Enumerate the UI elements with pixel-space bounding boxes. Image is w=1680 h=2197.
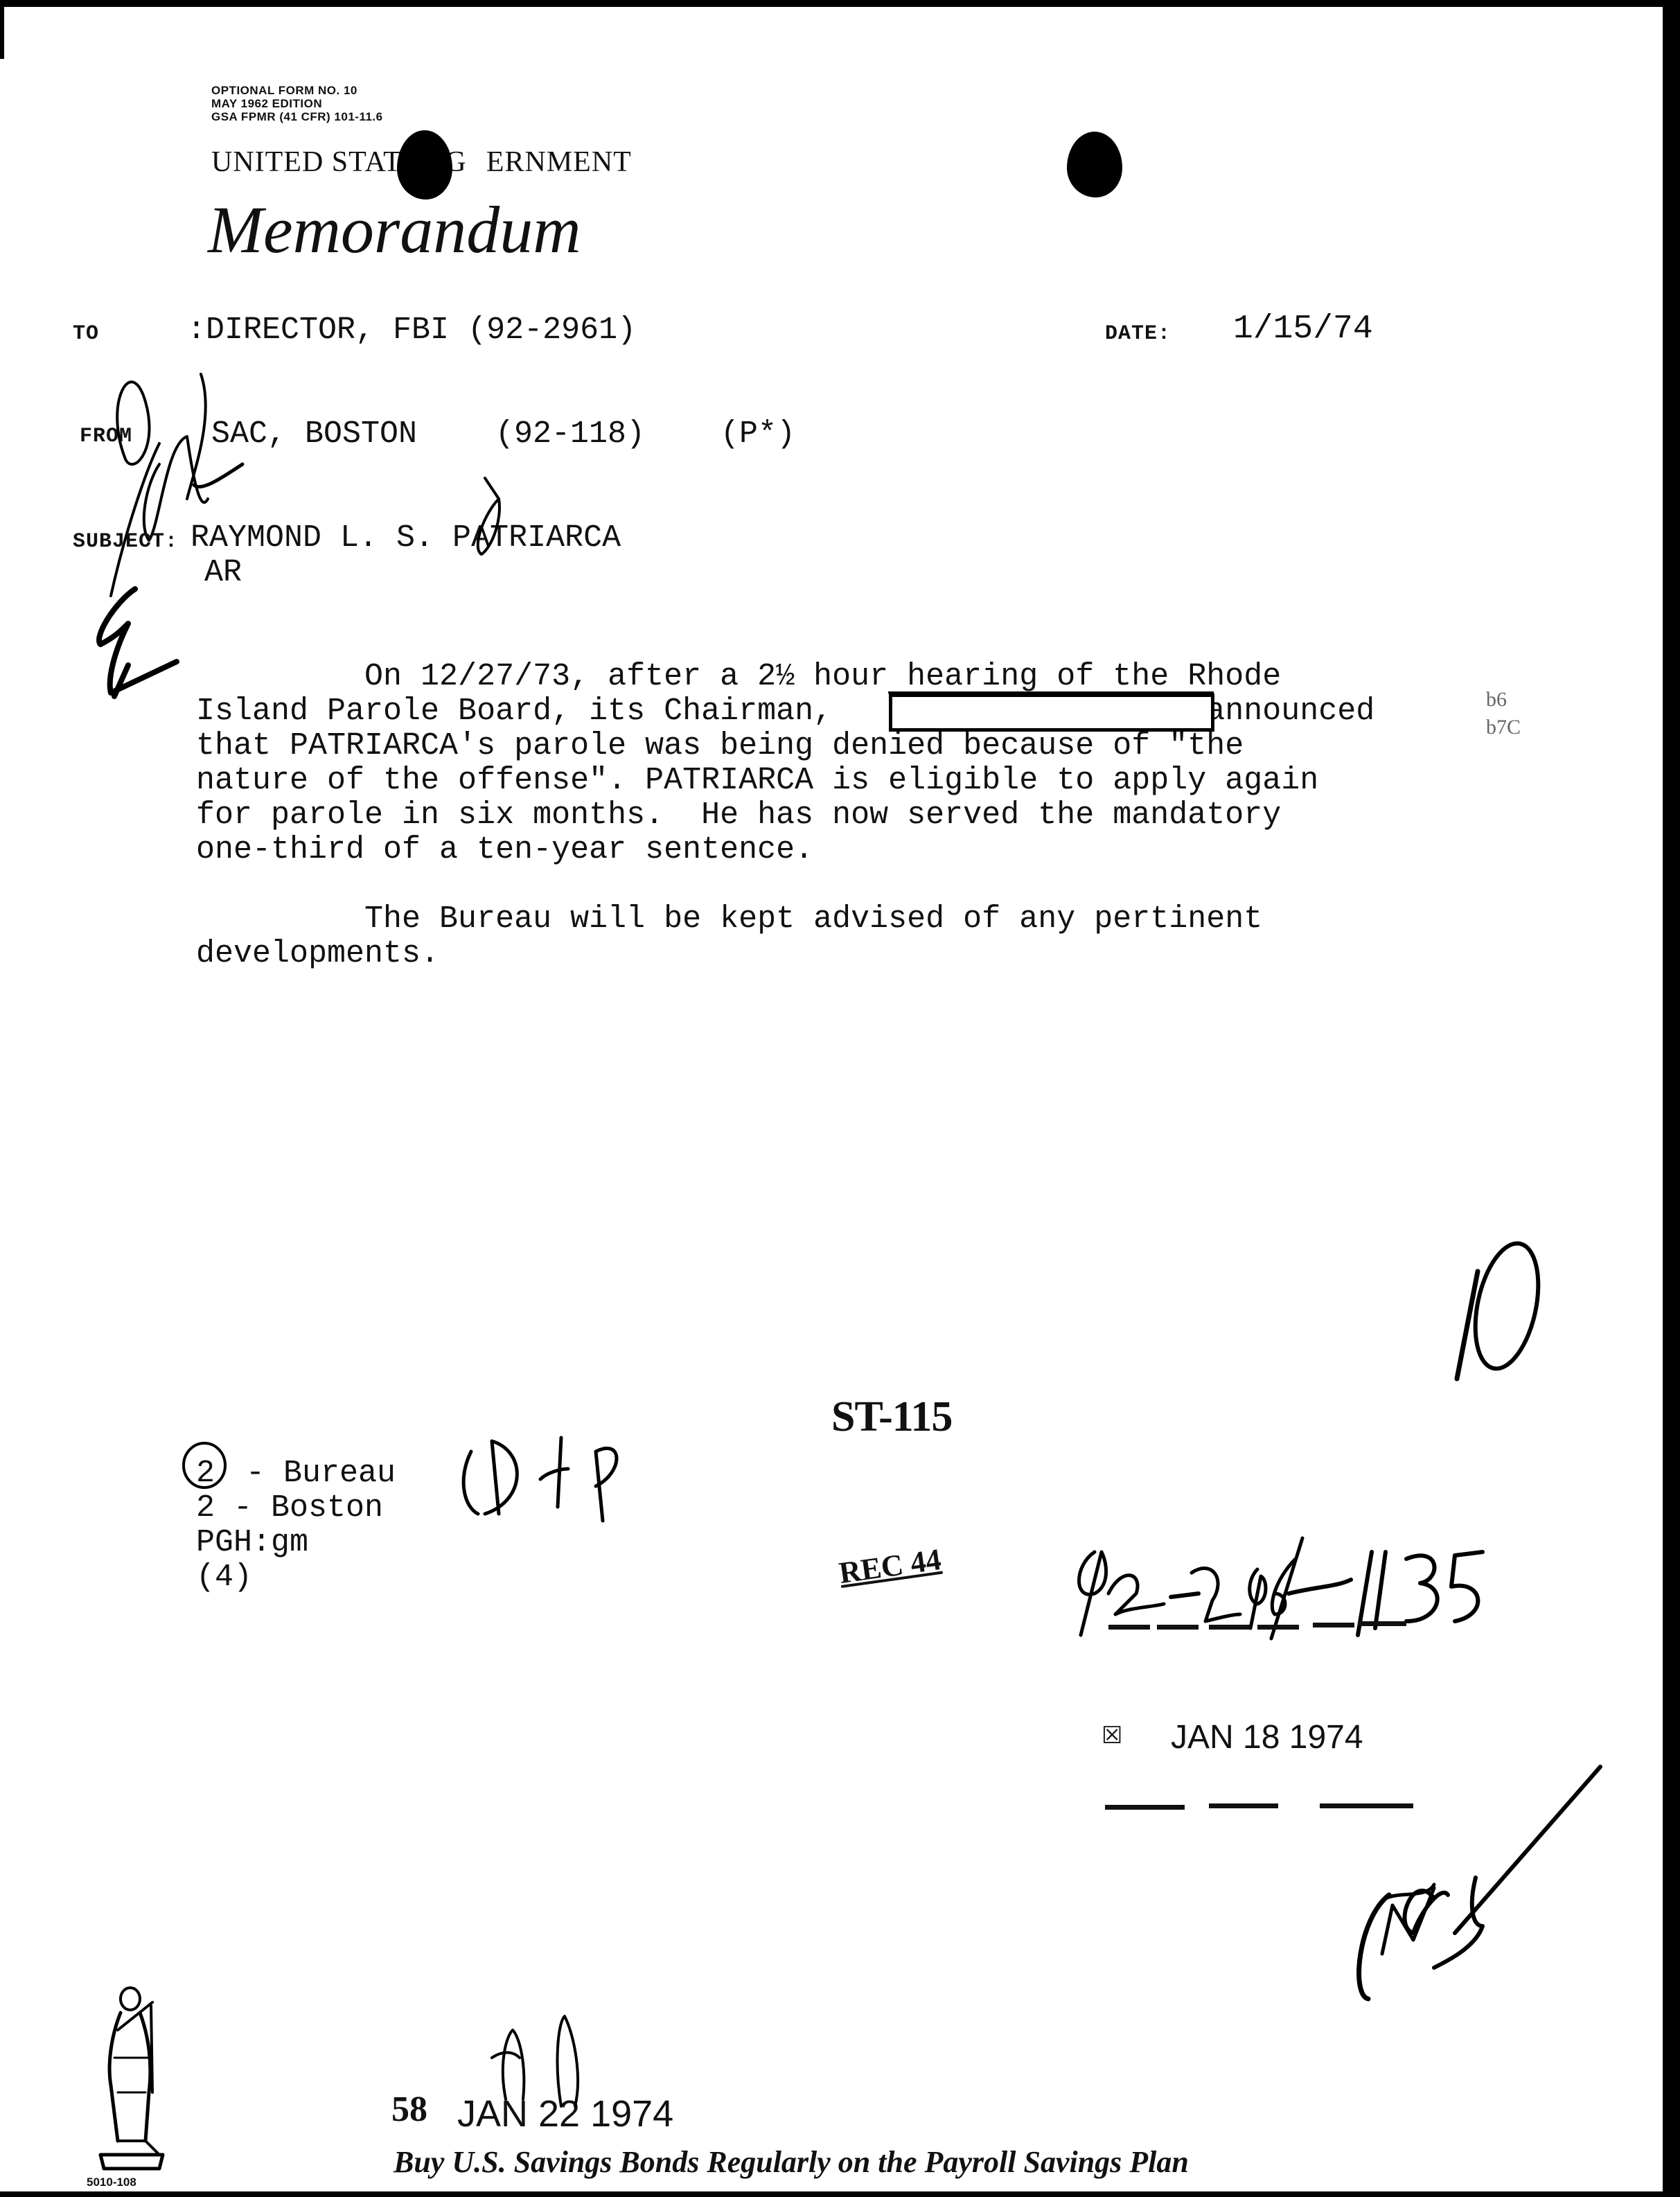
body-line: that PATRIARCA's parole was being denied… [196, 729, 1244, 764]
st-stamp: ST-115 [831, 1393, 952, 1442]
subject-value: RAYMOND L. S. PATRIARCA [191, 521, 621, 556]
stamp-underline [1209, 1625, 1250, 1630]
scan-edge-top [0, 0, 1680, 7]
date-value: 1/15/74 [1233, 310, 1373, 348]
to-label: TO [73, 322, 99, 346]
scan-edge-left [0, 0, 4, 59]
rec-stamp: REC 44 [837, 1542, 944, 1591]
body-line: The Bureau will be kept advised of any p… [196, 902, 1262, 937]
body-line: nature of the offense". PATRIARCA is eli… [196, 764, 1318, 798]
minuteman-logo-icon [90, 1982, 173, 2176]
stamp-underline [1105, 1805, 1185, 1810]
typist-initials: PGH:gm [196, 1526, 308, 1560]
memo-page: OPTIONAL FORM NO. 10 MAY 1962 EDITION GS… [0, 0, 1680, 2197]
body-line: for parole in six months. He has now ser… [196, 798, 1281, 833]
exemption-code-b6: b6 [1486, 686, 1507, 714]
savings-bond-slogan: Buy U.S. Savings Bonds Regularly on the … [394, 2144, 1189, 2180]
from-flag: (P*) [720, 417, 795, 452]
handwritten-check-icon [464, 471, 520, 561]
from-file-number: (92-118) [495, 417, 645, 452]
indexed-date: JAN 18 1974 [1171, 1718, 1363, 1756]
body-line: developments. [196, 937, 439, 971]
received-prefix: 58 [391, 2089, 427, 2130]
handwritten-dp-note-icon [457, 1438, 672, 1528]
handwritten-file-number-icon [1067, 1524, 1621, 1649]
subject-label: SUBJECT: [73, 530, 178, 554]
stamp-underline [1157, 1625, 1199, 1630]
to-value: :DIRECTOR, FBI (92-2961) [187, 313, 636, 348]
subject-line-2: AR [204, 556, 242, 590]
memo-title: Memorandum [208, 195, 581, 265]
stamp-underline [1108, 1625, 1150, 1630]
form-edition: MAY 1962 EDITION [211, 98, 322, 110]
handwritten-ap-initials-icon [485, 2009, 596, 2106]
body-line: one-third of a ten-year sentence. [196, 833, 813, 867]
stamp-underline [1358, 1621, 1406, 1626]
stamp-underline [1257, 1625, 1299, 1630]
exemption-code-b7c: b7C [1486, 714, 1521, 741]
body-line: On 12/27/73, after a 2½ hour hearing of … [196, 660, 1281, 694]
stamp-underline [1209, 1803, 1278, 1808]
copy-count: (4) [196, 1560, 252, 1595]
form-regulation: GSA FPMR (41 CFR) 101-11.6 [211, 111, 383, 123]
punch-hole-blot [1067, 132, 1122, 197]
handwritten-count-icon [1451, 1240, 1548, 1386]
scan-edge-bottom [0, 2191, 1680, 2197]
punch-hole-blot [397, 130, 452, 200]
date-label: DATE: [1105, 322, 1171, 346]
indexed-stamp-icon: ☒ [1102, 1722, 1122, 1749]
handwritten-initials-icon [1337, 1760, 1614, 2023]
scan-edge-right [1663, 0, 1680, 2197]
distribution-boston: 2 - Boston [196, 1491, 383, 1526]
form-number: OPTIONAL FORM NO. 10 [211, 85, 357, 97]
stamp-underline [1313, 1623, 1354, 1627]
form-code: 5010-108 [87, 2176, 136, 2189]
distribution-bureau: - Bureau [246, 1456, 396, 1491]
redaction-box [889, 694, 1214, 732]
handwritten-e-mark-icon [80, 582, 177, 707]
